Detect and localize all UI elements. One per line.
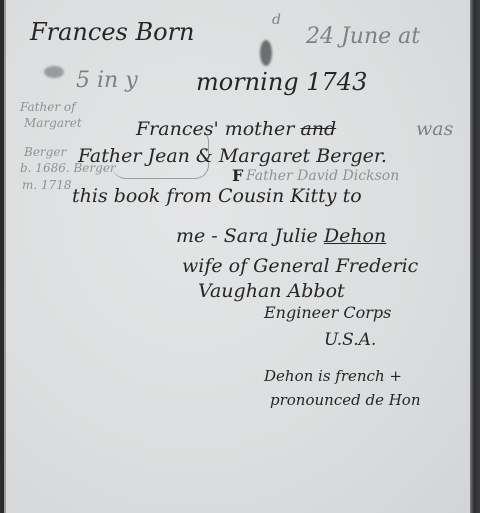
father-david-dickson: Father David Dickson — [246, 168, 399, 184]
time-text: 5 in y — [76, 68, 138, 93]
margin-note-3: Berger — [24, 145, 66, 159]
book-from-line: this book from Cousin Kitty to — [72, 185, 362, 207]
usa-line: U.S.A. — [324, 330, 376, 350]
birth-line: Frances Born — [30, 18, 195, 46]
ink-smudge — [260, 40, 272, 66]
birth-date-text: 24 June at — [306, 24, 420, 49]
letter-f: F — [232, 166, 243, 185]
margin-note-2: Margaret — [24, 116, 82, 130]
morning-year-text: morning 1743 — [196, 68, 367, 96]
dehon-text: Dehon — [324, 225, 386, 247]
was-text: was — [416, 118, 453, 140]
page-edge — [470, 0, 480, 513]
husband-name-line: Vaughan Abbot — [198, 280, 345, 302]
mother-line: Frances' mother and — [136, 118, 336, 140]
struck-word: and — [300, 118, 336, 140]
dehon-note-line-1: Dehon is french + — [264, 367, 402, 385]
ink-smudge — [44, 66, 64, 78]
mother-text: Frances' mother — [136, 118, 294, 140]
born-text: Frances Born — [30, 18, 195, 46]
name-line: me - Sara Julie Dehon — [176, 225, 386, 247]
margin-note-5: m. 1718 — [22, 178, 72, 192]
document-page: Frances Born d 24 June at 5 in y morning… — [4, 0, 472, 513]
wife-of-line: wife of General Frederic — [182, 255, 418, 277]
dehon-note-line-2: pronounced de Hon — [270, 391, 420, 409]
parents-line: Father Jean & Margaret Berger. — [78, 145, 387, 167]
birth-superscript: d — [272, 12, 281, 28]
name-text: me - Sara Julie — [176, 225, 324, 247]
margin-note-1: Father of — [20, 100, 76, 114]
engineer-corps-line: Engineer Corps — [264, 303, 391, 322]
